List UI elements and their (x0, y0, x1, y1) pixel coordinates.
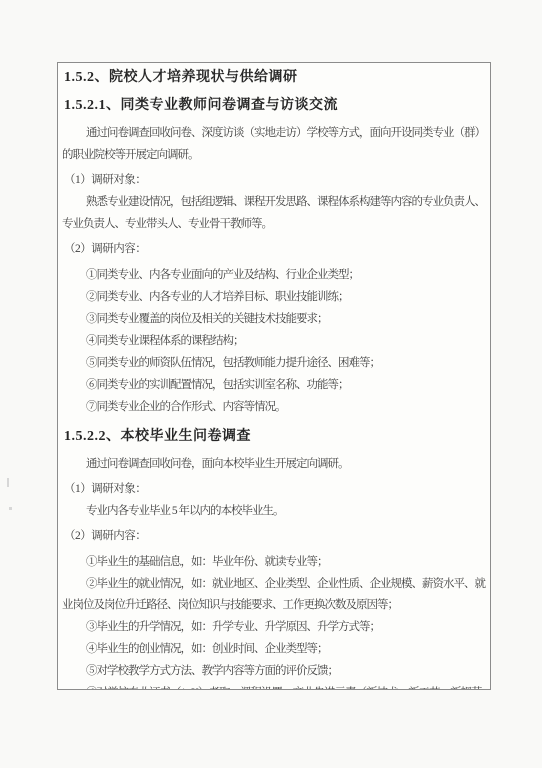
document-table-cell: 1.5.2、院校人才培养现状与供给调研 1.5.2.1、同类专业教师问卷调查与访… (57, 62, 491, 690)
section-heading-1-5-2-1: 1.5.2.1、同类专业教师问卷调查与访谈交流 (64, 97, 486, 115)
list-item: ③同类专业覆盖的岗位及相关的关键技术技能要求； (62, 308, 486, 330)
list-item: ③毕业生的升学情况，如：升学专业、升学原因、升学方式等； (62, 617, 486, 638)
survey-content-list: ①毕业生的基础信息，如：毕业年份、就读专业等； ②毕业生的就业情况，如：就业地区… (62, 552, 486, 690)
list-item: ⑥同类专业的实训配置情况，包括实训室名称、功能等； (62, 374, 486, 396)
list-item: ④毕业生的创业情况，如：创业时间、企业类型等； (62, 639, 486, 660)
section-intro-paragraph: 通过问卷调查回收问卷，面向本校毕业生开展定向调研。 (62, 453, 486, 475)
list-item: ⑥对学校专业证书（1+X）考取、课程设置、产业先进元素（新技术、新工艺、新规范 (62, 683, 486, 690)
section-heading-1-5-2-2: 1.5.2.2、本校毕业生问卷调查 (64, 428, 486, 446)
list-item: ⑦同类专业企业的合作形式、内容等情况。 (62, 396, 486, 418)
list-item: ②毕业生的就业情况，如：就业地区、企业类型、企业性质、企业规模、薪资水平、就业岗… (62, 574, 486, 616)
survey-content-label: （2）调研内容： (64, 238, 486, 260)
list-item: ①同类专业、内各专业面向的产业及结构、行业企业类型； (62, 264, 486, 286)
survey-target-label: （1）调研对象： (64, 478, 486, 500)
section-heading-1-5-2: 1.5.2、院校人才培养现状与供给调研 (64, 69, 486, 87)
survey-content-list: ①同类专业、内各专业面向的产业及结构、行业企业类型； ②同类专业、内各专业的人才… (62, 264, 486, 418)
scan-artifact (9, 507, 12, 510)
survey-content-label: （2）调研内容： (64, 525, 486, 547)
list-item: ①毕业生的基础信息，如：毕业年份、就读专业等； (62, 552, 486, 573)
list-item: ⑤对学校教学方式方法、教学内容等方面的评价反馈； (62, 661, 486, 682)
survey-target-paragraph: 熟悉专业建设情况，包括组逻辑、课程开发思路、课程体系构建等内容的专业负责人、专业… (62, 191, 486, 235)
list-item: ④同类专业课程体系的课程结构； (62, 330, 486, 352)
list-item: ②同类专业、内各专业的人才培养目标、职业技能训练； (62, 286, 486, 308)
section-intro-paragraph: 通过问卷调查回收问卷、深度访谈（实地走访）学校等方式，面向开设同类专业（群）的职… (62, 122, 486, 166)
survey-target-paragraph: 专业内各专业毕业 5 年以内的本校毕业生。 (62, 500, 486, 522)
scan-artifact (7, 478, 9, 487)
list-item: ⑤同类专业的师资队伍情况，包括教师能力提升途径、困难等； (62, 352, 486, 374)
survey-target-label: （1）调研对象： (64, 169, 486, 191)
